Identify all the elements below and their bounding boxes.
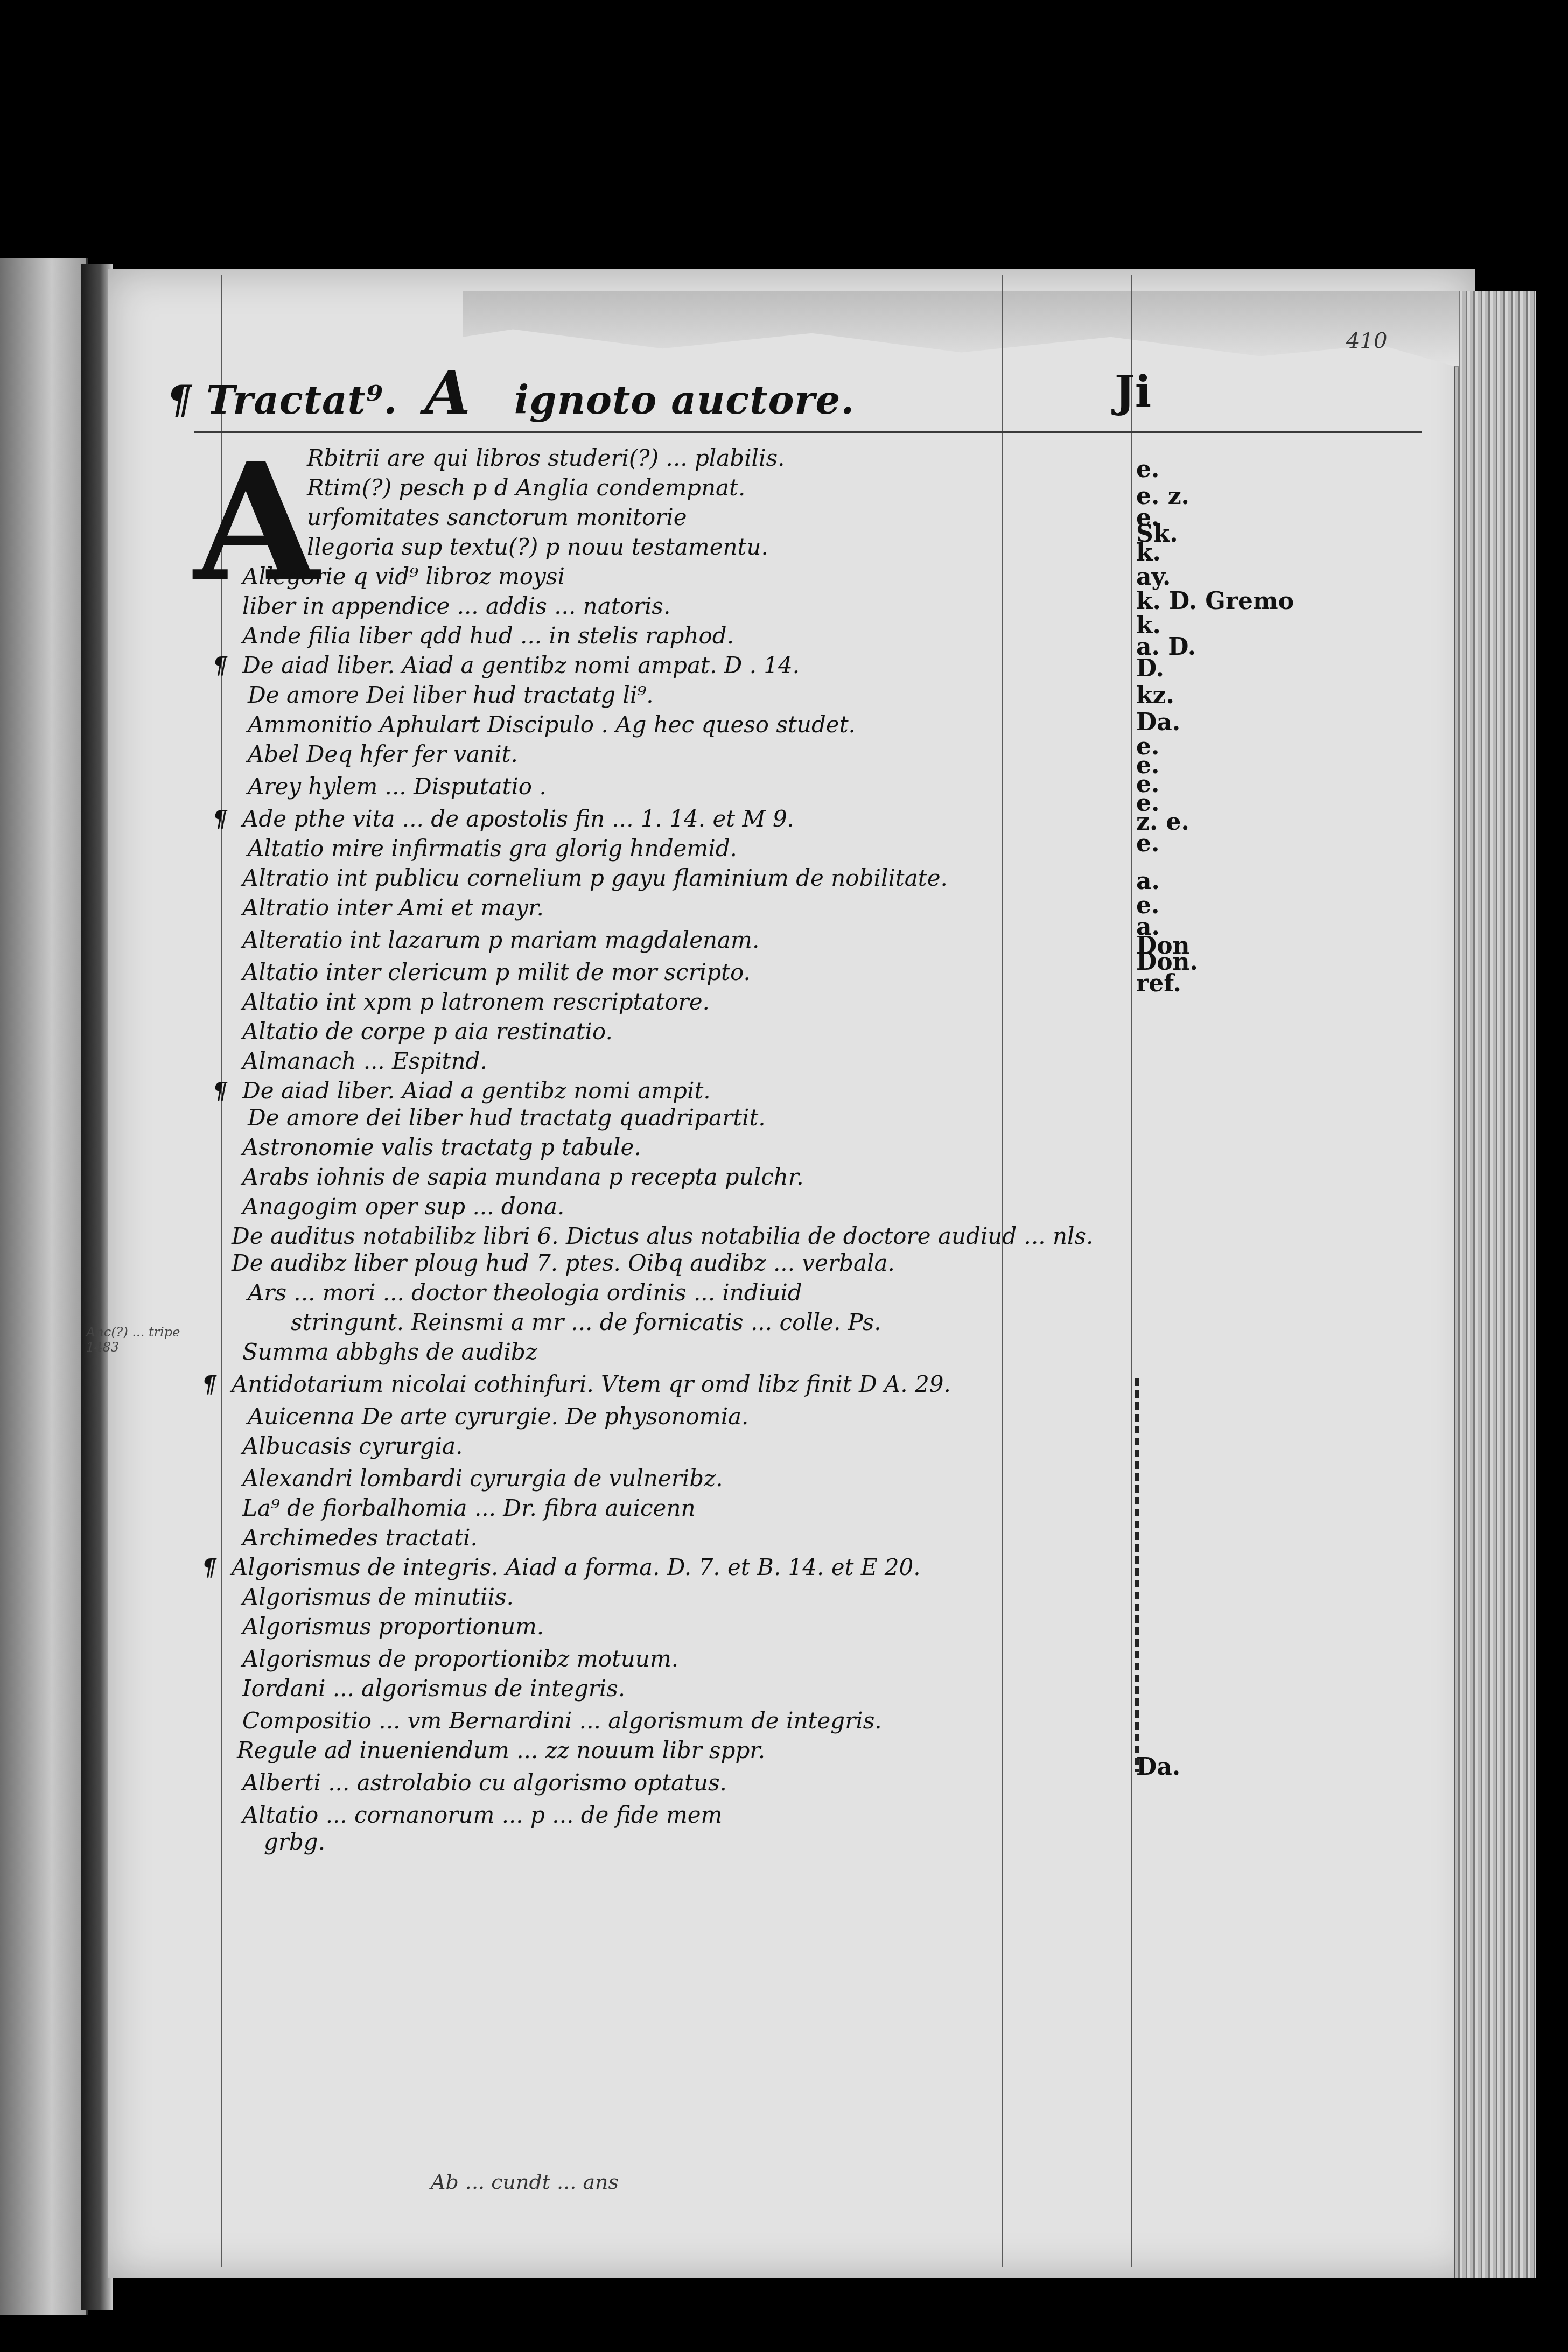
catalog-entry: liber in appendice ... addis ... natoris… [242, 595, 670, 618]
bracket-line [1135, 1378, 1139, 1772]
shelf-siglum: ref. [1136, 972, 1181, 996]
catalog-entry: Altratio inter Ami et mayr. [242, 897, 544, 919]
catalog-entry: Auicenna De arte cyrurgie. De physonomia… [248, 1405, 748, 1428]
catalog-entry: stringunt. Reinsmi a mr ... de fornicati… [291, 1311, 881, 1334]
catalog-entry: Ammonitio Aphulart Discipulo . Ag hec qu… [248, 713, 856, 736]
catalog-entry: Archimedes tractati. [242, 1527, 478, 1549]
left-page-edge [0, 258, 88, 2315]
catalog-entry: Abel Deq hfer fer vanit. [248, 743, 518, 766]
shelf-siglum: k. [1136, 541, 1161, 565]
catalog-entry: Alteratio int lazarum p mariam magdalena… [242, 929, 759, 951]
shelf-siglum: Da. [1136, 711, 1180, 734]
catalog-entry: Algorismus de proportionibz motuum. [242, 1648, 678, 1670]
center-ruling-line [1002, 275, 1003, 2267]
header-author: ignoto auctore. [514, 377, 855, 423]
catalog-entry: Rtim(?) pesch p d Anglia condempnat. [307, 477, 745, 499]
footer-text: Ab ... cundt ... ans [431, 2170, 619, 2194]
header-prefix: ¶ Tractat⁹. [167, 377, 397, 423]
catalog-entry: Altatio ... cornanorum ... p ... de fide… [242, 1804, 722, 1826]
shelf-siglum: Da. [1136, 1755, 1180, 1779]
catalog-entry: Ade pthe vita ... de apostolis fin ... 1… [242, 808, 794, 830]
catalog-entry: Almanach ... Espitnd. [242, 1050, 487, 1073]
shelf-siglum: e. [1136, 832, 1159, 856]
right-ruling-line [1131, 275, 1132, 2267]
catalog-entry: Algorismus de minutiis. [242, 1586, 514, 1608]
catalog-entry: Altratio int publicu cornelium p gayu fl… [242, 867, 948, 890]
catalog-entry: Allegorie q vid⁹ libroz moysi [242, 565, 565, 588]
catalog-entry: Arey hylem ... Disputatio . [248, 775, 547, 798]
catalog-entry: Algorismus de integris. Aiad a forma. D.… [232, 1556, 921, 1579]
catalog-entry: llegoria sup textu(?) p nouu testamentu. [307, 536, 768, 558]
column-mark: Ji [1115, 366, 1151, 417]
catalog-entry: Albucasis cyrurgia. [242, 1435, 463, 1458]
catalog-entry: Altatio mire infirmatis gra glorig hndem… [248, 837, 737, 860]
catalog-entry: Regule ad inueniendum ... zz nouum libr … [237, 1739, 765, 1762]
catalog-entry: De amore dei liber hud tractatg quadripa… [248, 1107, 766, 1129]
folio-number: 410 [1346, 328, 1387, 353]
catalog-entry: grbg. [264, 1831, 325, 1853]
catalog-entry: urfomitates sanctorum monitorie [307, 506, 687, 529]
catalog-entry: Compositio ... vm Bernardini ... algoris… [242, 1710, 882, 1732]
header-rule [194, 431, 1422, 433]
catalog-entry: De aiad liber. Aiad a gentibz nomi ampat… [242, 654, 800, 677]
catalog-entry: Altatio inter clericum p milit de mor sc… [242, 961, 751, 984]
header-letter: A [425, 358, 471, 428]
catalog-entry: Ars ... mori ... doctor theologia ordini… [248, 1282, 802, 1304]
catalog-entry: De amore Dei liber hud tractatg li⁹. [248, 684, 654, 706]
catalog-entry: Anagogim oper sup ... dona. [242, 1195, 564, 1218]
shelf-siglum: D. [1136, 657, 1164, 681]
catalog-entry: Summa abbghs de audibz [242, 1341, 537, 1363]
catalog-entry: Alexandri lombardi cyrurgia de vulneribz… [242, 1467, 723, 1490]
catalog-entry: Arabs iohnis de sapia mundana p recepta … [242, 1166, 804, 1188]
catalog-entry: Altatio int xpm p latronem rescriptatore… [242, 991, 710, 1013]
shelf-siglum: k. D. Gremo [1136, 590, 1294, 613]
catalog-entry: Ande filia liber qdd hud ... in stelis r… [242, 625, 734, 647]
page-header: ¶ Tractat⁹. A ignoto auctore. [167, 358, 855, 428]
catalog-entry: De aiad liber. Aiad a gentibz nomi ampit… [242, 1080, 711, 1102]
catalog-entry: Iordani ... algorismus de integris. [242, 1677, 625, 1700]
catalog-entry: Astronomie valis tractatg p tabule. [242, 1136, 641, 1159]
catalog-entry: Rbitrii are qui libros studeri(?) ... pl… [307, 447, 785, 470]
catalog-entry: Alberti ... astrolabio cu algorismo opta… [242, 1772, 727, 1794]
catalog-entry: Antidotarium nicolai cothinfuri. Vtem qr… [232, 1373, 951, 1396]
catalog-entry: De audibz liber ploug hud 7. ptes. Oibq … [232, 1252, 895, 1275]
shelf-siglum: a. [1136, 870, 1160, 893]
page-edges [1454, 291, 1536, 2278]
catalog-entry: De auditus notabilibz libri 6. Dictus al… [232, 1225, 1093, 1248]
shelf-siglum: kz. [1136, 684, 1174, 708]
shelf-siglum: e. [1136, 458, 1159, 481]
catalog-entry: Altatio de corpe p aia restinatio. [242, 1020, 613, 1043]
catalog-entry: La⁹ de fiorbalhomia ... Dr. fibra auicen… [242, 1497, 696, 1520]
catalog-entry: Algorismus proportionum. [242, 1615, 544, 1638]
shelf-siglum: ay. [1136, 565, 1171, 589]
margin-note: Anc(?) ... tripe 1483 [86, 1325, 194, 1355]
